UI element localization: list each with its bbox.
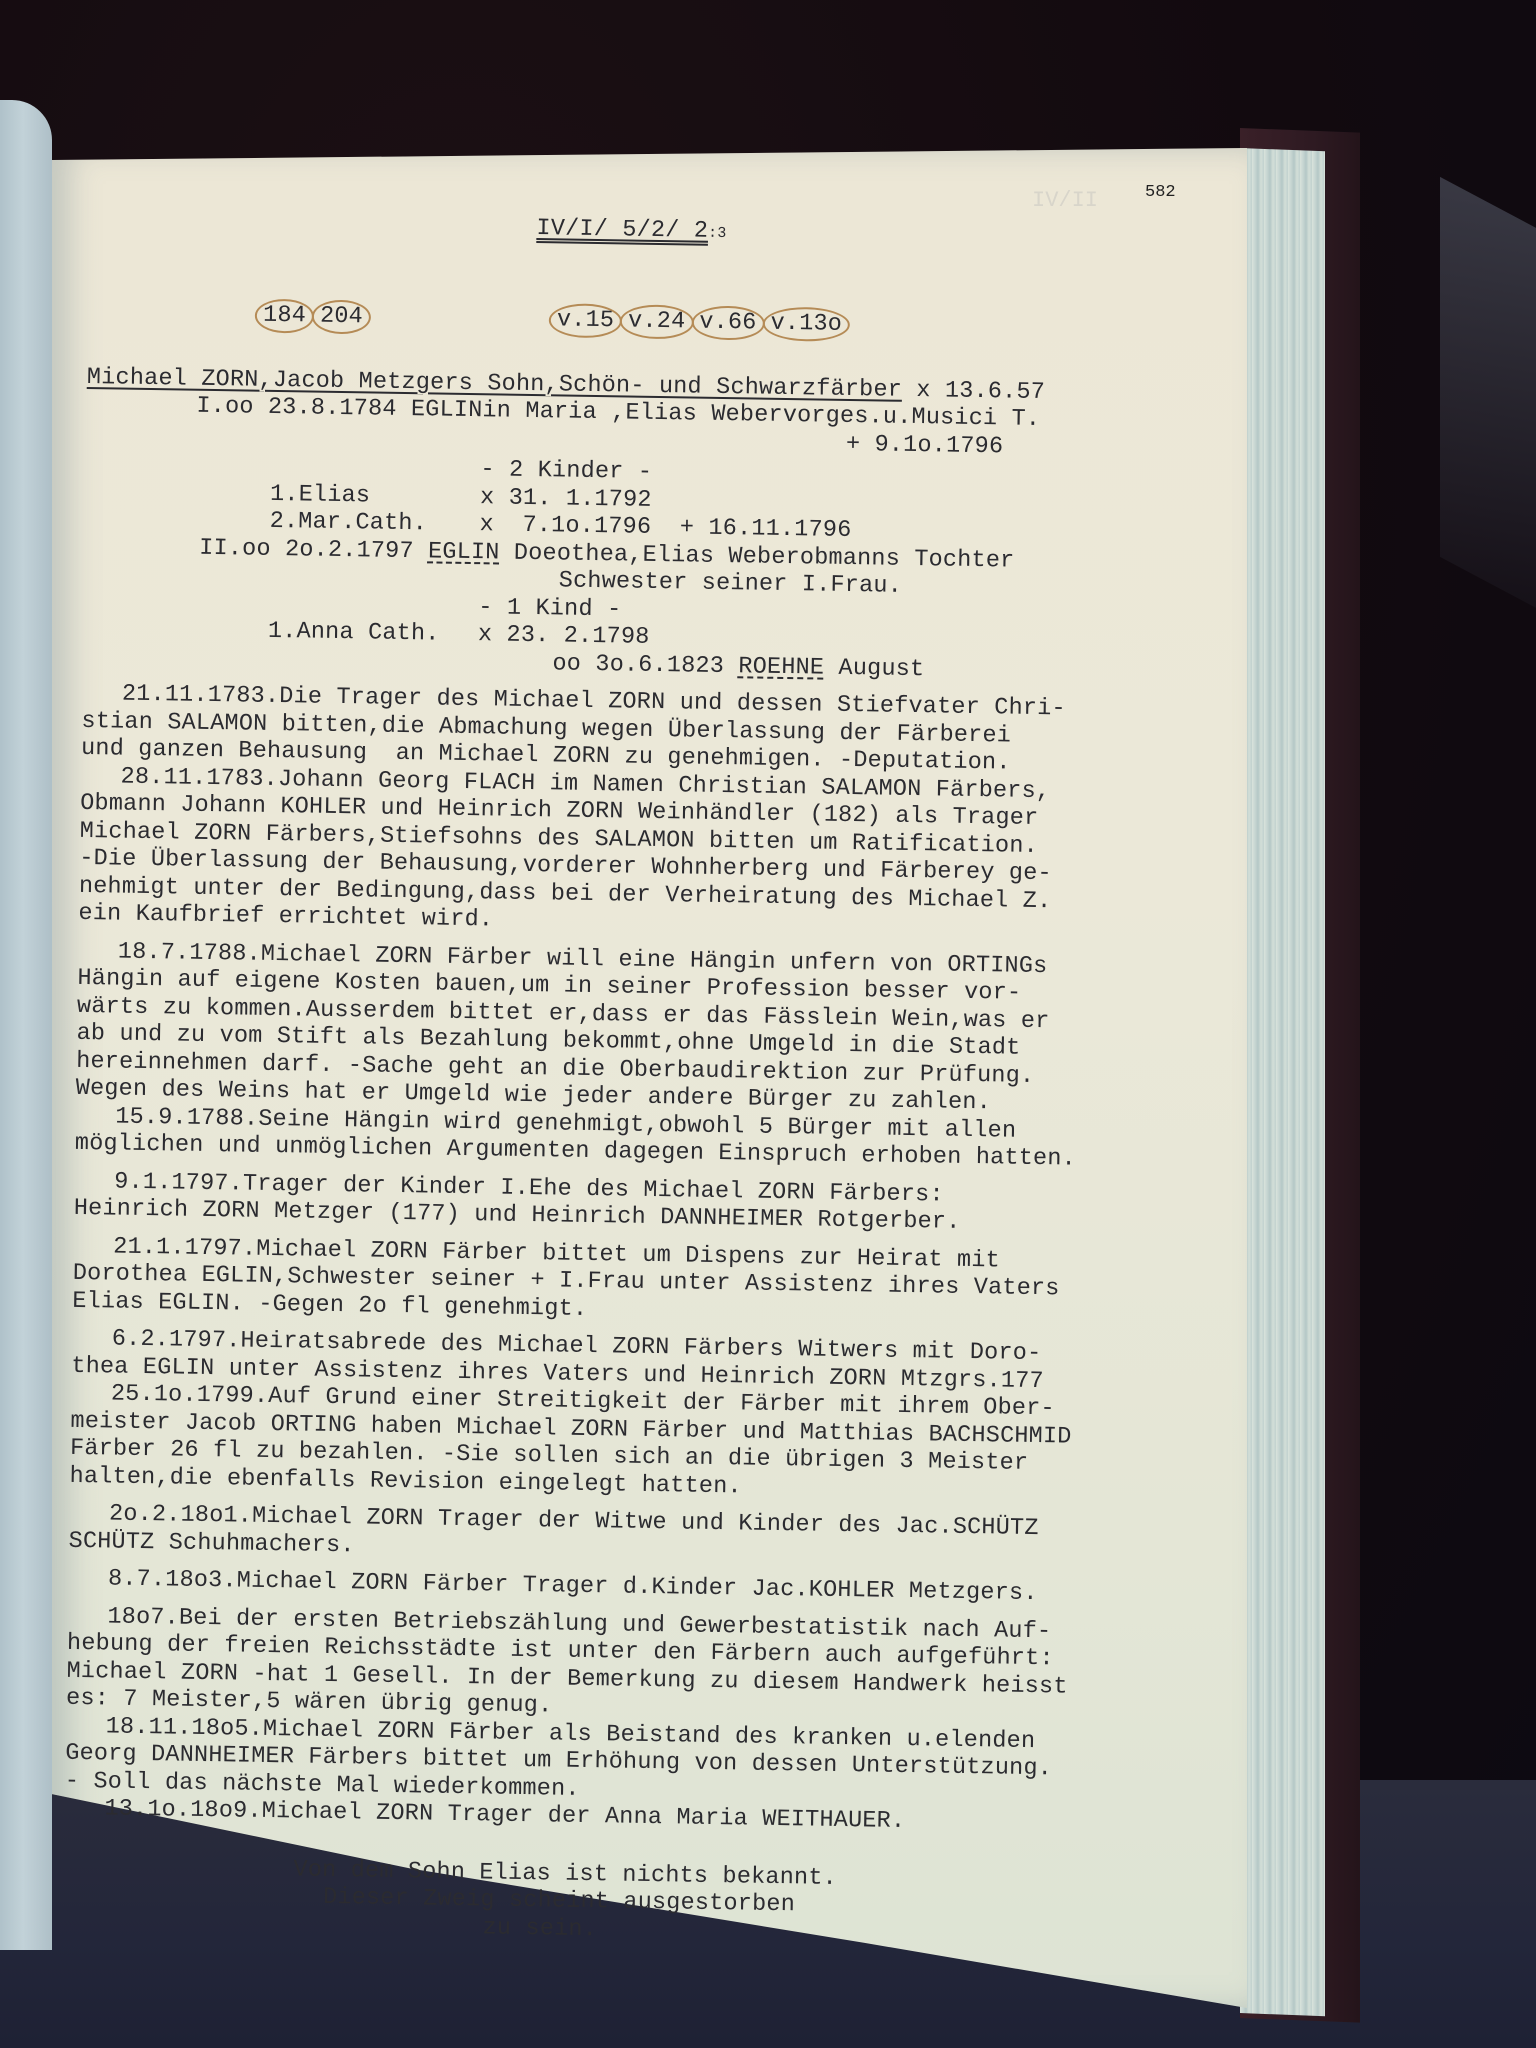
circled-ref: v.15 [549, 303, 623, 338]
left-page-edge [0, 100, 52, 1950]
circled-ref: v.66 [691, 305, 765, 340]
entry: 2o.2.18o1.Michael ZORN Trager der Witwe … [68, 1500, 1219, 1573]
entry: 8.7.18o3.Michael ZORN Färber Trager d.Ki… [68, 1565, 1218, 1611]
circled-ref: v.13o [762, 307, 850, 342]
circled-number: 184 [255, 299, 314, 334]
page-stack-edge [1240, 148, 1325, 2016]
document-content: IV/I/ 5/2/ 2:3 184204v.15v.24v.66v.13o M… [62, 180, 1239, 1953]
surname: EGLIN [428, 538, 500, 566]
birth-date: x 13.6.57 [916, 377, 1045, 406]
reference-line: IV/I/ 5/2/ 2:3 [89, 180, 1240, 283]
background-object [1440, 177, 1536, 663]
circled-references: 184204v.15v.24v.66v.13o [87, 268, 1238, 375]
reference-suffix: :3 [708, 224, 727, 241]
circled-number: 204 [312, 300, 371, 335]
entry: 18o7.Bei der ersten Betriebszählung und … [66, 1602, 1218, 1730]
circled-ref: v.24 [620, 304, 694, 339]
entry: 28.11.1783.Johann Georg FLACH im Namen C… [78, 762, 1230, 945]
entry: 25.1o.1799.Auf Grund einer Streitigkeit … [69, 1380, 1221, 1508]
entry: 9.1.1797.Trager der Kinder I.Ehe des Mic… [74, 1167, 1225, 1240]
entry: 21.1.1797.Michael ZORN Färber bittet um … [72, 1232, 1223, 1333]
entry: 18.7.1788.Michael ZORN Färber will eine … [76, 937, 1228, 1120]
reference-code: IV/I/ 5/2/ 2 [536, 215, 708, 245]
